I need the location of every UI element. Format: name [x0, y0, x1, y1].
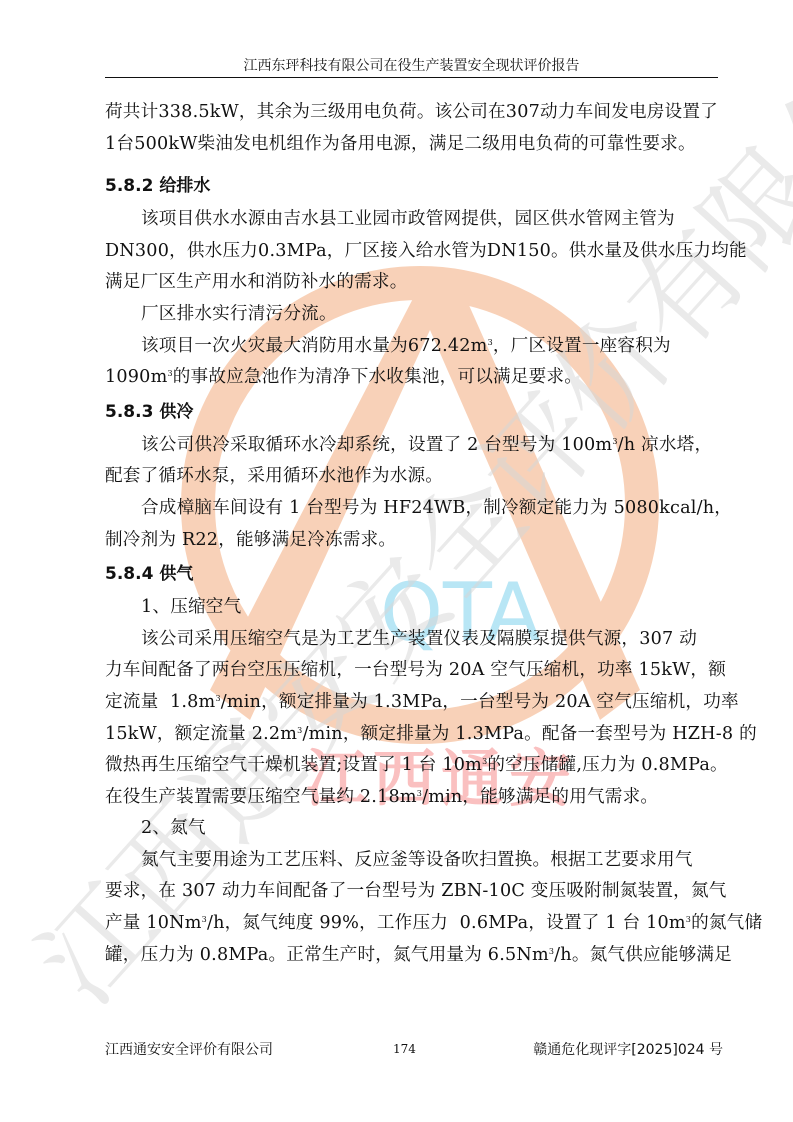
subsection-title: 1、压缩空气 — [105, 592, 723, 624]
header-divider — [105, 77, 718, 78]
document-page: QTA 江西通安 江西通安安全评价有限公司 江西东玶科技有限公司在役生产装置安全… — [0, 0, 793, 1122]
body-line: 定流量 1.8m3/min，额定排量为 1.3MPa，一台型号为 20A 空气压… — [105, 687, 723, 719]
body-line: 氮气主要用途为工艺压料、反应釜等设备吹扫置换。根据工艺要求用气 — [105, 845, 723, 877]
section-heading-5-8-2: 5.8.2 给排水 — [105, 168, 723, 204]
body-line: 该项目一次火灾最大消防用水量为672.42m3，厂区设置一座容积为 — [105, 331, 723, 363]
body-line: 1090m3的事故应急池作为清净下水收集池，可以满足要求。 — [105, 362, 723, 394]
footer-company: 江西通安安全评价有限公司 — [105, 1039, 273, 1059]
body-line: 该项目供水水源由吉水县工业园市政管网提供，园区供水管网主管为 — [105, 204, 723, 236]
body-line: 该公司供冷采取循环水冷却系统，设置了 2 台型号为 100m3/h 凉水塔， — [105, 430, 723, 462]
body-line: 在役生产装置需要压缩空气量约 2.18m3/min，能够满足的用气需求。 — [105, 782, 723, 814]
body-line: 满足厂区生产用水和消防补水的需求。 — [105, 267, 723, 299]
page-header-title: 江西东玶科技有限公司在役生产装置安全现状评价报告 — [105, 55, 718, 75]
body-line: 该公司采用压缩空气是为工艺生产装置仪表及隔膜泵提供气源，307 动 — [105, 624, 723, 656]
body-line: 合成樟脑车间设有 1 台型号为 HF24WB，制冷额定能力为 5080kcal/… — [105, 493, 723, 525]
body-line: 罐，压力为 0.8MPa。正常生产时，氮气用量为 6.5Nm3/h。氮气供应能够… — [105, 940, 723, 972]
page-number: 174 — [393, 1042, 416, 1056]
body-line: 1台500kW柴油发电机组作为备用电源，满足二级用电负荷的可靠性要求。 — [105, 129, 723, 161]
section-heading-5-8-4: 5.8.4 供气 — [105, 556, 723, 592]
body-line: 制冷剂为 R22，能够满足冷冻需求。 — [105, 525, 723, 557]
body-line: 厂区排水实行清污分流。 — [105, 299, 723, 331]
body-line: 要求，在 307 动力车间配备了一台型号为 ZBN-10C 变压吸附制氮装置，氮… — [105, 876, 723, 908]
body-line: DN300，供水压力0.3MPa，厂区接入给水管为DN150。供水量及供水压力均… — [105, 236, 723, 268]
page-footer: 江西通安安全评价有限公司 174 赣通危化现评字[2025]024 号 — [105, 1039, 723, 1059]
body-line: 荷共计338.5kW，其余为三级用电负荷。该公司在307动力车间发电房设置了 — [105, 97, 723, 129]
body-line: 15kW，额定流量 2.2m3/min，额定排量为 1.3MPa。配备一套型号为… — [105, 719, 723, 751]
section-heading-5-8-3: 5.8.3 供冷 — [105, 394, 723, 430]
subsection-title: 2、氮气 — [105, 813, 723, 845]
body-line: 微热再生压缩空气干燥机装置;设置了 1 台 10m3的空压储罐,压力为 0.8M… — [105, 750, 723, 782]
footer-doc-number: 赣通危化现评字[2025]024 号 — [533, 1039, 723, 1059]
page-body: 荷共计338.5kW，其余为三级用电负荷。该公司在307动力车间发电房设置了 1… — [105, 97, 723, 971]
body-line: 力车间配备了两台空压压缩机，一台型号为 20A 空气压缩机，功率 15kW，额 — [105, 655, 723, 687]
body-line: 产量 10Nm3/h，氮气纯度 99%，工作压力 0.6MPa，设置了 1 台 … — [105, 908, 723, 940]
body-line: 配套了循环水泵，采用循环水池作为水源。 — [105, 461, 723, 493]
